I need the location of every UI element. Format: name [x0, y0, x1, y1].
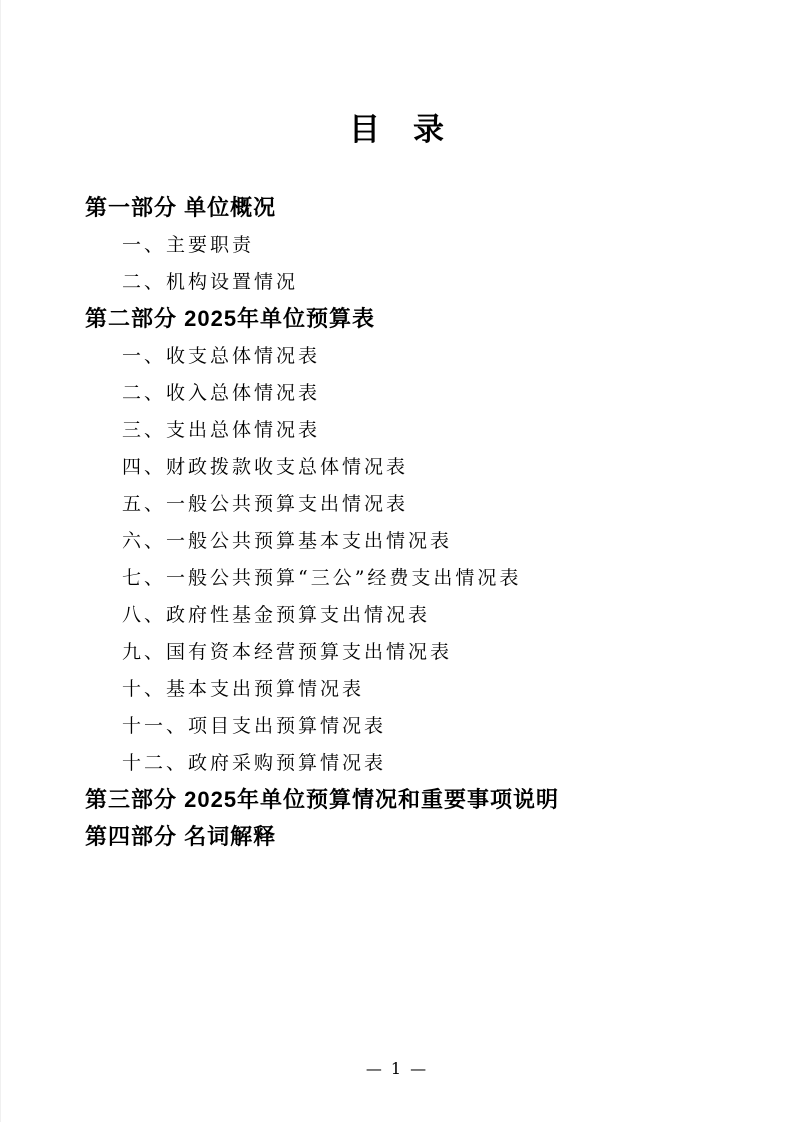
- toc-entry: 九、国有资本经营预算支出情况表: [1, 632, 793, 669]
- toc-entry: 七、一般公共预算“三公”经费支出情况表: [1, 558, 793, 595]
- toc-part-1: 第一部分 单位概况: [1, 188, 793, 225]
- toc-part-2: 第二部分 2025年单位预算表: [1, 299, 793, 336]
- page-number: — 1 —: [1, 1059, 793, 1078]
- toc-entry: 五、一般公共预算支出情况表: [1, 484, 793, 521]
- toc-entry: 二、机构设置情况: [1, 262, 793, 299]
- document-page: 目 录 第一部分 单位概况 一、主要职责 二、机构设置情况 第二部分 2025年…: [0, 0, 793, 1122]
- page-title: 目 录: [1, 104, 793, 149]
- toc-part-4: 第四部分 名词解释: [1, 817, 793, 854]
- toc-entry: 十一、项目支出预算情况表: [1, 706, 793, 743]
- toc-entry: 三、支出总体情况表: [1, 410, 793, 447]
- toc-entry: 八、政府性基金预算支出情况表: [1, 595, 793, 632]
- toc-entry: 十、基本支出预算情况表: [1, 669, 793, 706]
- toc-part-3: 第三部分 2025年单位预算情况和重要事项说明: [1, 780, 793, 817]
- toc-entry: 二、收入总体情况表: [1, 373, 793, 410]
- toc-entry: 四、财政拨款收支总体情况表: [1, 447, 793, 484]
- toc-entry: 六、一般公共预算基本支出情况表: [1, 521, 793, 558]
- toc-entry: 一、主要职责: [1, 225, 793, 262]
- toc-entry: 十二、政府采购预算情况表: [1, 743, 793, 780]
- table-of-contents: 第一部分 单位概况 一、主要职责 二、机构设置情况 第二部分 2025年单位预算…: [1, 188, 793, 854]
- toc-entry: 一、收支总体情况表: [1, 336, 793, 373]
